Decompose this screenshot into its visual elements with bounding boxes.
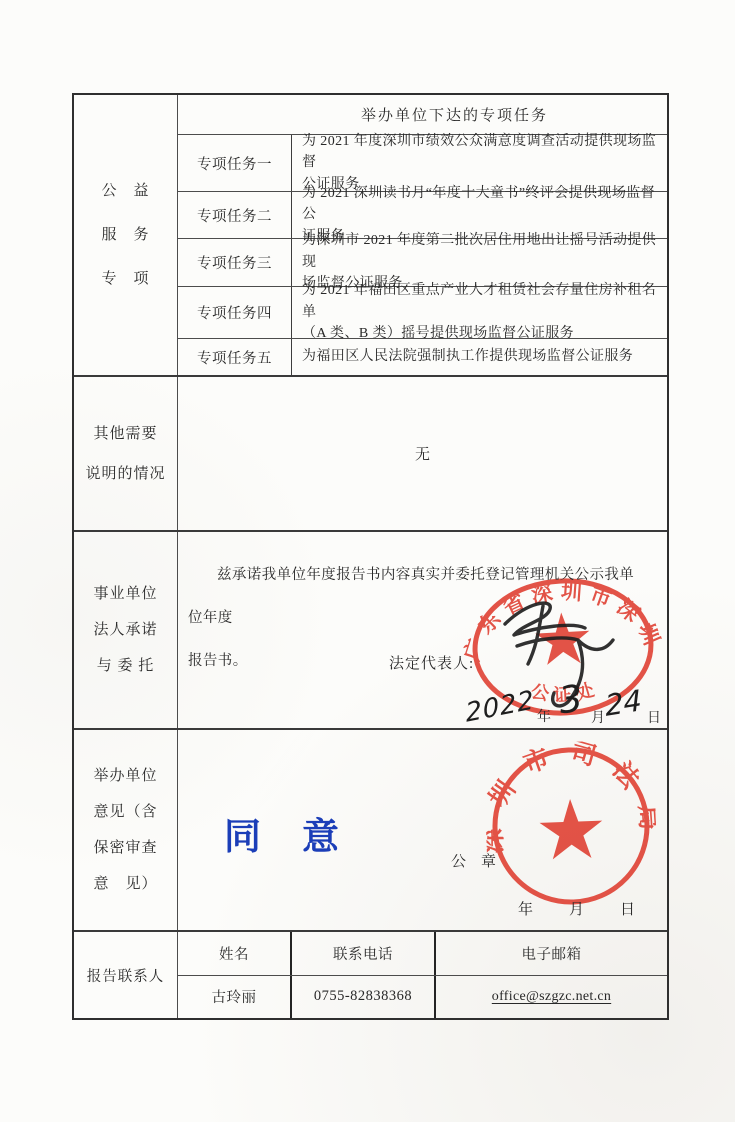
month-unit: 月 xyxy=(569,898,584,919)
host-opinion-side-label: 举办单位 意见（含 保密审查 意 见） xyxy=(74,730,178,930)
task-label: 专项任务二 xyxy=(178,192,292,238)
task-label: 专项任务一 xyxy=(178,135,292,191)
tasks-area: 举办单位下达的专项任务 专项任务一 为 2021 年度深圳市绩效公众满意度调查活… xyxy=(178,95,667,375)
commitment-date: 2022 年 3 月 24 日 xyxy=(465,682,665,734)
section-report-contact: 报告联系人 姓名 联系电话 电子邮箱 古玲丽 0755-82838368 off… xyxy=(74,932,667,1018)
email-text: office@szgzc.net.cn xyxy=(492,989,611,1005)
task-label: 专项任务五 xyxy=(178,339,292,375)
commitment-side-label: 事业单位 法人承诺 与 委 托 xyxy=(74,532,178,728)
annual-report-table: 公 益 服 务 专 项 举办单位下达的专项任务 专项任务一 为 2021 年度深… xyxy=(72,93,669,1020)
contact-email-header: 电子邮箱 xyxy=(436,932,667,975)
task-row: 专项任务五 为福田区人民法院强制执工作提供现场监督公证服务 xyxy=(178,339,667,375)
year-unit: 年 xyxy=(537,706,551,726)
contact-header-row: 姓名 联系电话 电子邮箱 xyxy=(178,932,667,976)
section-host-opinion: 举办单位 意见（含 保密审查 意 见） 同 意 深圳市司法局 公 章 年 xyxy=(74,730,667,932)
handwritten-day: 24 xyxy=(604,683,643,723)
side-label-line: 其他需要 xyxy=(93,414,157,454)
other-notes-value: 无 xyxy=(415,443,430,464)
scanned-annual-report-page: 公 益 服 务 专 项 举办单位下达的专项任务 专项任务一 为 2021 年度深… xyxy=(0,0,735,1122)
official-seal-caption: 公 章 xyxy=(451,850,496,871)
side-label-line: 与 委 托 xyxy=(97,648,155,684)
contact-side-label: 报告联系人 xyxy=(74,932,178,1018)
legal-representative-label: 法定代表人: xyxy=(389,652,474,673)
task-row: 专项任务四 为 2021 年福田区重点产业人才租赁社会存量住房补租名单 （A 类… xyxy=(178,287,667,339)
task-description: 为福田区人民法院强制执工作提供现场监督公证服务 xyxy=(292,339,667,375)
section-other-notes: 其他需要 说明的情况 无 xyxy=(74,377,667,532)
task-label: 专项任务四 xyxy=(178,287,292,338)
task-label: 专项任务三 xyxy=(178,239,292,286)
commitment-content: 兹承诺我单位年度报告书内容真实并委托登记管理机关公示我单位年度 报告书。 广东省… xyxy=(178,532,667,728)
other-notes-content: 无 xyxy=(178,377,667,530)
side-label-line: 专 项 xyxy=(101,257,149,301)
tasks-header-text: 举办单位下达的专项任务 xyxy=(361,104,548,125)
handwritten-year: 2022 xyxy=(464,685,536,728)
other-notes-side-label: 其他需要 说明的情况 xyxy=(74,377,178,530)
handwritten-month: 3 xyxy=(556,677,585,723)
task-description: 为 2021 年福田区重点产业人才租赁社会存量住房补租名单 （A 类、B 类）摇… xyxy=(292,287,667,338)
contact-phone-value: 0755-82838368 xyxy=(292,976,436,1019)
contact-value-row: 古玲丽 0755-82838368 office@szgzc.net.cn xyxy=(178,976,667,1019)
side-label-line: 举办单位 xyxy=(93,758,157,794)
opinion-date-row: 年 月 日 xyxy=(518,898,635,919)
justice-bureau-seal: 深圳市司法局 xyxy=(483,739,659,913)
side-label-line: 服 务 xyxy=(101,213,149,257)
approval-text: 同 意 xyxy=(224,806,341,860)
section-commitment: 事业单位 法人承诺 与 委 托 兹承诺我单位年度报告书内容真实并委托登记管理机关… xyxy=(74,532,667,730)
contact-grid: 姓名 联系电话 电子邮箱 古玲丽 0755-82838368 office@sz… xyxy=(178,932,667,1018)
contact-name-value: 古玲丽 xyxy=(178,976,292,1019)
task-description: 为深圳市 2021 年度第二批次居住用地出让摇号活动提供现 场监督公证服务 xyxy=(292,239,667,286)
side-label-line: 保密审查 xyxy=(93,830,157,866)
side-label-line: 意见（含 xyxy=(93,794,157,830)
year-unit: 年 xyxy=(518,898,533,919)
contact-name-header: 姓名 xyxy=(178,932,292,975)
side-label-line: 意 见） xyxy=(93,866,157,902)
side-label-line: 公 益 xyxy=(101,169,149,213)
day-unit: 日 xyxy=(647,707,661,727)
day-unit: 日 xyxy=(620,898,635,919)
host-opinion-content: 同 意 深圳市司法局 公 章 年 月 日 xyxy=(178,730,667,930)
side-label-line: 事业单位 xyxy=(93,576,157,612)
contact-email-value: office@szgzc.net.cn xyxy=(436,976,667,1019)
side-label-line: 法人承诺 xyxy=(93,612,157,648)
side-label-line: 报告联系人 xyxy=(87,965,165,986)
month-unit: 月 xyxy=(591,707,605,727)
section-public-service-tasks: 公 益 服 务 专 项 举办单位下达的专项任务 专项任务一 为 2021 年度深… xyxy=(74,95,667,377)
tasks-header-row: 举办单位下达的专项任务 xyxy=(178,95,667,135)
public-service-side-label: 公 益 服 务 专 项 xyxy=(74,95,178,375)
star-icon xyxy=(539,798,604,860)
side-label-line: 说明的情况 xyxy=(85,454,165,494)
contact-phone-header: 联系电话 xyxy=(292,932,436,975)
